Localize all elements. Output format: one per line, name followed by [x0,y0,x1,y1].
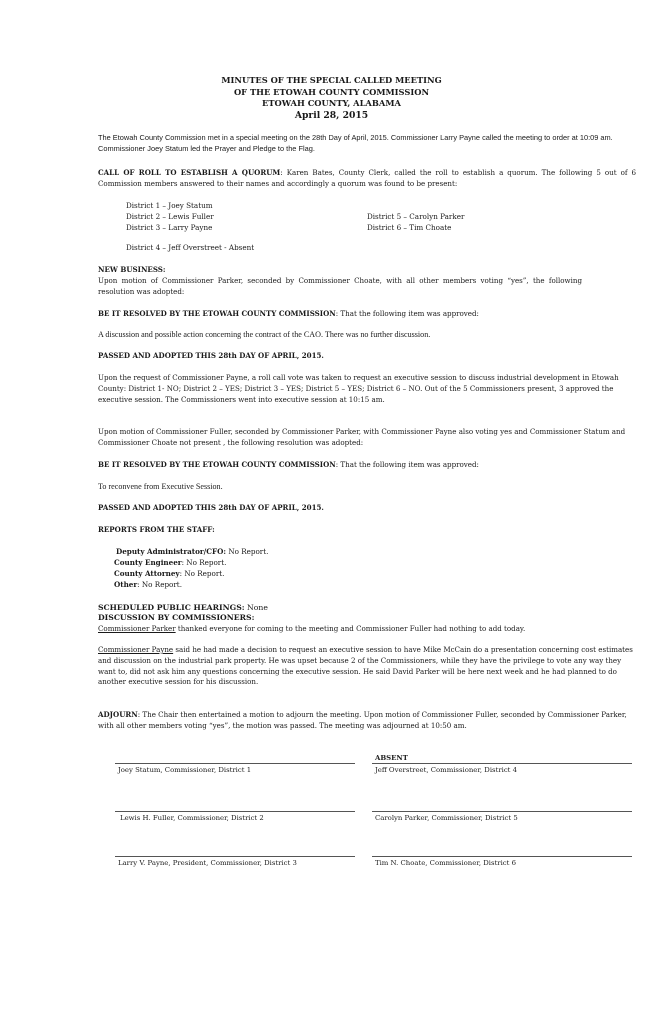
discussion-payne: Commissioner Payne said he had made a de… [98,645,636,688]
report-value: : No Report. [182,558,227,567]
meeting-date: April 28, 2015 [0,110,663,122]
motion-1: Upon motion of Commissioner Parker, seco… [98,276,582,298]
report-role: County Engineer [114,558,182,567]
report-value: No Report. [226,547,268,556]
district-5: District 5 – Carolyn Parker [367,211,464,222]
report-deputy-administrator: Deputy Administrator/CFO: No Report. [116,546,268,557]
district-3: District 3 – Larry Payne [126,222,214,233]
signatory-district-5: Carolyn Parker, Commissioner, District 5 [375,813,518,823]
commissioner-parker-name: Commissioner Parker [98,624,176,633]
title-line-1: MINUTES OF THE SPECIAL CALLED MEETING [0,75,663,87]
district-4-absent: District 4 – Jeff Overstreet - Absent [126,242,254,253]
signature-line-district-6 [372,856,632,857]
discussion-parker-text: thanked everyone for coming to the meeti… [176,624,526,633]
item-1: A discussion and possible action concern… [98,330,636,341]
adjourn-paragraph: ADJOURN: The Chair then entertained a mo… [98,710,636,732]
roll-call-vote: Upon the request of Commissioner Payne, … [98,373,636,405]
resolution-2-text: : That the following item was approved: [336,460,479,469]
signatory-district-6: Tim N. Choate, Commissioner, District 6 [375,858,516,868]
report-role: Other [114,580,137,589]
signature-line-district-3 [115,856,355,857]
adjourn-text: : The Chair then entertained a motion to… [98,710,627,730]
signatory-district-2: Lewis H. Fuller, Commissioner, District … [120,813,264,823]
item-2: To reconvene from Executive Session. [98,482,636,493]
signature-line-district-2 [115,811,355,812]
signature-line-district-5 [372,811,632,812]
resolution-1: BE IT RESOLVED BY THE ETOWAH COUNTY COMM… [98,309,636,320]
passed-1: PASSED AND ADOPTED THIS 28th DAY OF APRI… [98,351,636,362]
present-list-right: District 5 – Carolyn Parker District 6 –… [367,211,464,233]
roll-call-paragraph: CALL OF ROLL TO ESTABLISH A QUORUM: Kare… [98,168,636,190]
signatory-district-4: Jeff Overstreet, Commissioner, District … [375,765,517,775]
roll-call-heading: CALL OF ROLL TO ESTABLISH A QUORUM [98,168,280,177]
adjourn-heading: ADJOURN [98,710,138,719]
minutes-page: MINUTES OF THE SPECIAL CALLED MEETING OF… [0,0,663,1024]
discussion-payne-text: said he had made a decision to request a… [98,645,633,686]
resolution-1-heading: BE IT RESOLVED BY THE ETOWAH COUNTY COMM… [98,309,336,318]
report-county-engineer: County Engineer: No Report. [114,557,226,568]
signature-line-district-4 [372,763,632,764]
report-role: Deputy Administrator/CFO: [116,547,226,556]
discussion-heading: DISCUSSION BY COMMISSIONERS: [98,613,636,624]
district-1: District 1 – Joey Statum [126,200,214,211]
public-hearings-heading: SCHEDULED PUBLIC HEARINGS: [98,603,245,612]
absent-label: ABSENT [375,753,408,763]
document-title: MINUTES OF THE SPECIAL CALLED MEETING OF… [0,75,663,121]
report-value: : No Report. [180,569,225,578]
report-value: : No Report. [137,580,182,589]
resolution-2-heading: BE IT RESOLVED BY THE ETOWAH COUNTY COMM… [98,460,336,469]
report-county-attorney: County Attorney: No Report. [114,568,224,579]
title-line-3: ETOWAH COUNTY, ALABAMA [0,98,663,110]
public-hearings-value: None [245,603,268,612]
report-other: Other: No Report. [114,579,182,590]
motion-2: Upon motion of Commissioner Fuller, seco… [98,427,636,449]
district-6: District 6 – Tim Choate [367,222,464,233]
signatory-district-3: Larry V. Payne, President, Commissioner,… [118,858,297,868]
passed-2: PASSED AND ADOPTED THIS 28th DAY OF APRI… [98,503,636,514]
intro-paragraph: The Etowah County Commission met in a sp… [98,133,636,155]
district-2: District 2 – Lewis Fuller [126,211,214,222]
title-line-2: OF THE ETOWAH COUNTY COMMISSION [0,87,663,99]
commissioner-payne-name: Commissioner Payne [98,645,173,654]
reports-heading: REPORTS FROM THE STAFF: [98,525,636,536]
resolution-2: BE IT RESOLVED BY THE ETOWAH COUNTY COMM… [98,460,636,471]
report-role: County Attorney [114,569,180,578]
new-business-heading: NEW BUSINESS: [98,265,636,276]
signature-line-district-1 [115,763,355,764]
signatory-district-1: Joey Statum, Commissioner, District 1 [118,765,251,775]
resolution-1-text: : That the following item was approved: [336,309,479,318]
discussion-parker: Commissioner Parker thanked everyone for… [98,624,636,635]
present-list-left: District 1 – Joey Statum District 2 – Le… [126,200,214,233]
